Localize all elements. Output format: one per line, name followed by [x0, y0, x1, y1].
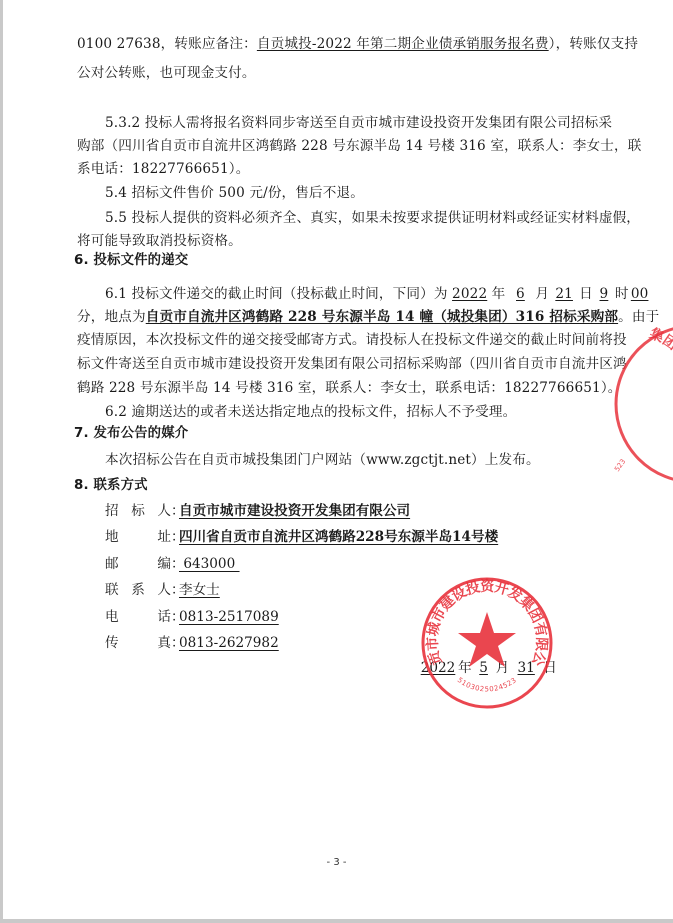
paragraph-6-2: 6.2 逾期送达的或者未送达指定地点的投标文件，招标人不予受理。	[105, 404, 622, 420]
contact-value: 0813-2517089	[179, 609, 279, 625]
contact-row-address: 地址：四川省自贡市自流井区鸿鹤路228号东源半岛14号楼	[105, 529, 498, 545]
unit: 月	[535, 286, 549, 302]
paragraph-5-3-2-line1: 5.3.2 投标人需将报名资料同步寄送至自贡市城市建设投资开发集团有限公司招标采	[105, 115, 622, 131]
colon: ：	[171, 529, 179, 545]
page-number: - 3 -	[0, 857, 673, 868]
date-month: 5	[472, 660, 496, 676]
paragraph-5-3-1-line1: 0100 27638，转账应备注：自贡城投-2022 年第二期企业债承销服务报名…	[77, 36, 622, 52]
contact-value: 0813-2627982	[179, 635, 279, 651]
contact-label: 地址	[105, 529, 171, 545]
contact-label: 邮编	[105, 556, 171, 572]
paragraph-5-3-2-line3: 系电话：18227766651）。	[77, 161, 622, 177]
deadline-hour: 9	[593, 286, 615, 302]
paragraph-6-1-line4: 标文件寄送至自贡市城市建设投资开发集团有限公司招标采购部（四川省自贡市自流井区鸿	[77, 356, 622, 372]
paragraph-5-5-line1: 5.5 投标人提供的资料必须齐全、真实，如果未按要求提供证明材料或经证实材料虚假…	[105, 210, 622, 226]
colon: ：	[171, 582, 179, 598]
deadline-year: 2022	[448, 286, 492, 302]
paragraph-6-1-line3: 疫情原因，本次投标文件的递交接受邮寄方式。请投标人在投标文件递交的截止时间前将投	[77, 332, 622, 348]
colon: ：	[171, 635, 179, 651]
text: ），转账仅支持	[549, 36, 638, 52]
paragraph-6-1-line1: 6.1 投标文件递交的截止时间（投标截止时间，下同）为2022年6月21日9时0…	[105, 286, 622, 302]
submission-location: 自贡市自流井区鸿鹤路 228 号东源半岛 14 幢（城投集团）316 招标采购部	[146, 309, 618, 325]
date-day: 31	[509, 660, 543, 676]
colon: ：	[171, 503, 179, 519]
deadline-minute: 00	[629, 286, 651, 302]
contact-value: 四川省自贡市自流井区鸿鹤路228号东源半岛14号楼	[179, 529, 498, 545]
contact-value: 自贡市城市建设投资开发集团有限公司	[179, 503, 410, 519]
paragraph-6-1-line5: 鹤路 228 号东源半岛 14 号楼 316 室，联系人：李女士，联系电话：18…	[77, 380, 622, 396]
unit: 日	[579, 286, 593, 302]
unit: 年	[458, 660, 472, 676]
contact-label: 传真	[105, 635, 171, 651]
unit: 时	[615, 286, 629, 302]
contact-row-postcode: 邮编： 643000	[105, 556, 240, 572]
text: 6.1 投标文件递交的截止时间（投标截止时间，下同）为	[105, 286, 448, 302]
section-8-heading: 8. 联系方式	[74, 478, 619, 494]
contact-row-phone: 电话：0813-2517089	[105, 609, 279, 625]
contact-value: 643000	[179, 556, 240, 572]
contact-label: 联系人	[105, 582, 171, 598]
contact-value: 李女士	[179, 582, 220, 598]
paragraph-6-1-line2: 分，地点为自贡市自流井区鸿鹤路 228 号东源半岛 14 幢（城投集团）316 …	[77, 309, 622, 325]
contact-row-tenderer: 招标人：自贡市城市建设投资开发集团有限公司	[105, 503, 410, 519]
unit: 年	[492, 286, 506, 302]
section-6-heading: 6. 投标文件的递交	[74, 253, 619, 269]
text: 。由于	[618, 309, 659, 325]
paragraph-5-5-line2: 将可能导致取消投标资格。	[77, 233, 622, 249]
contact-label: 招标人	[105, 503, 171, 519]
paragraph-5-4: 5.4 招标文件售价 500 元/份，售后不退。	[105, 185, 622, 201]
text: 分，地点为	[77, 309, 146, 325]
colon: ：	[171, 609, 179, 625]
unit: 月	[496, 660, 510, 676]
unit: 日	[543, 660, 557, 676]
text: 0100 27638，转账应备注：	[77, 36, 257, 52]
paragraph-5-3-1-line2: 公对公转账，也可现金支付。	[77, 65, 622, 81]
deadline-month: 6	[505, 286, 535, 302]
section-7-body: 本次招标公告在自贡市城投集团门户网站（www.zgctjt.net）上发布。	[105, 452, 622, 468]
section-7-heading: 7. 发布公告的媒介	[74, 426, 619, 442]
contact-label: 电话	[105, 609, 171, 625]
contact-row-contact-person: 联系人：李女士	[105, 582, 220, 598]
deadline-day: 21	[549, 286, 579, 302]
colon: ：	[171, 556, 179, 572]
contact-row-fax: 传真：0813-2627982	[105, 635, 279, 651]
viewer-bottom-border	[0, 919, 673, 923]
transfer-remark: 自贡城投-2022 年第二期企业债承销服务报名费	[257, 36, 549, 52]
signature-date: 2022年5月31日	[418, 660, 557, 676]
date-year: 2022	[418, 660, 458, 676]
paragraph-5-3-2-line2: 购部（四川省自贡市自流井区鸿鹤路 228 号东源半岛 14 号楼 316 室，联…	[77, 138, 622, 154]
